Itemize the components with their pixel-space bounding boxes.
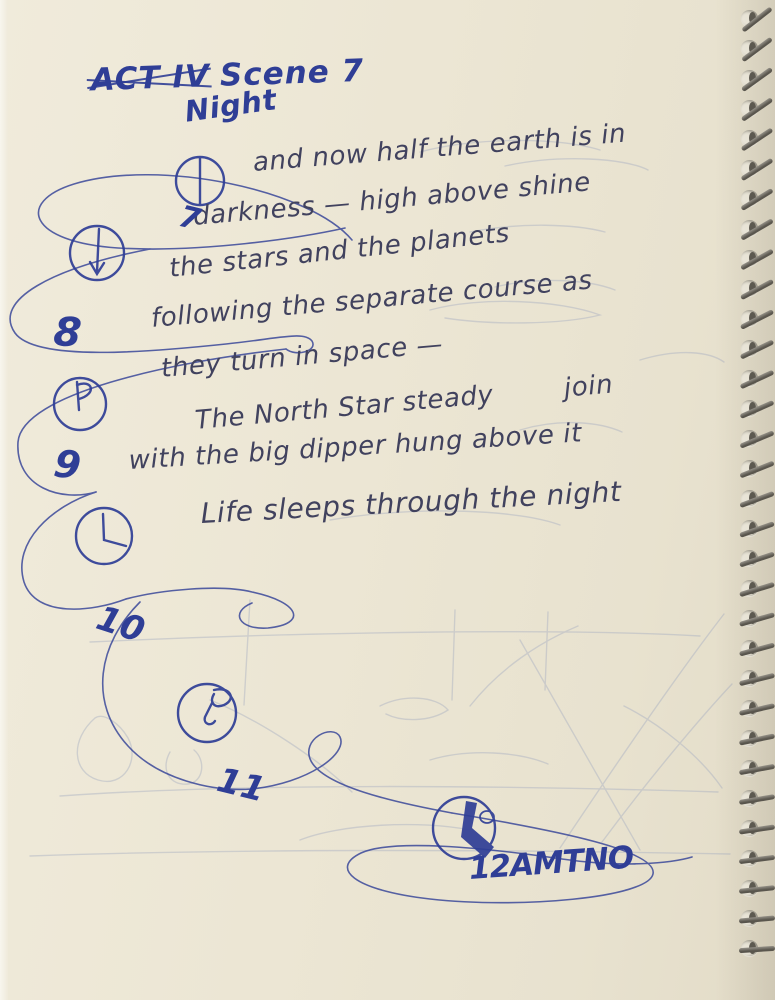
clock-10 [76,508,132,564]
binding-loop [735,788,773,812]
handwritten-line-2: darkness — high above shine [192,169,592,230]
binding-loop [735,878,773,902]
handwritten-line-1: and now half the earth is in [252,121,627,176]
binding-loop [735,398,773,422]
binding-loop [735,8,773,32]
binding-loop [735,848,773,872]
binding-loop [735,668,773,692]
binding-loop [735,158,773,182]
hour-label-8: 8 [52,312,83,354]
clock-7 [176,157,224,205]
binding-loop [735,38,773,62]
binding-loop [735,608,773,632]
spiral-binding [727,0,775,1000]
binding-loop [735,518,773,542]
binding-loop [735,218,773,242]
binding-loop [735,458,773,482]
clock-9 [54,378,106,430]
notebook-page: ACT IVScene 7 Night and now half the ear… [0,0,775,1000]
binding-loop [735,278,773,302]
binding-loop [735,98,773,122]
clock-8 [70,226,124,280]
binding-loop [735,248,773,272]
binding-loop [735,818,773,842]
binding-loop [735,128,773,152]
binding-loop [735,188,773,212]
binding-loop [735,698,773,722]
hour-label-9: 9 [52,444,84,485]
binding-loop [735,368,773,392]
binding-wire [739,946,775,953]
handwritten-line-8: Life sleeps through the night [200,478,622,528]
clock-11 [178,684,236,742]
hour-label-11: 11 [214,763,269,808]
binding-loop [735,428,773,452]
binding-loop [735,728,773,752]
binding-loop [735,548,773,572]
binding-loop [735,488,773,512]
binding-loop [735,578,773,602]
binding-loop [735,908,773,932]
binding-loop [735,308,773,332]
binding-loop [735,758,773,782]
page-left-edge [0,0,8,1000]
hour-label-10: 10 [92,601,149,648]
binding-loop [735,338,773,362]
hour-label-12: 12AMTNO [468,843,634,885]
binding-loop [735,638,773,662]
act-label: ACT IV [90,61,210,96]
handwritten-line-5: they turn in space — [160,331,444,382]
binding-loop [735,938,773,962]
binding-loop [735,68,773,92]
